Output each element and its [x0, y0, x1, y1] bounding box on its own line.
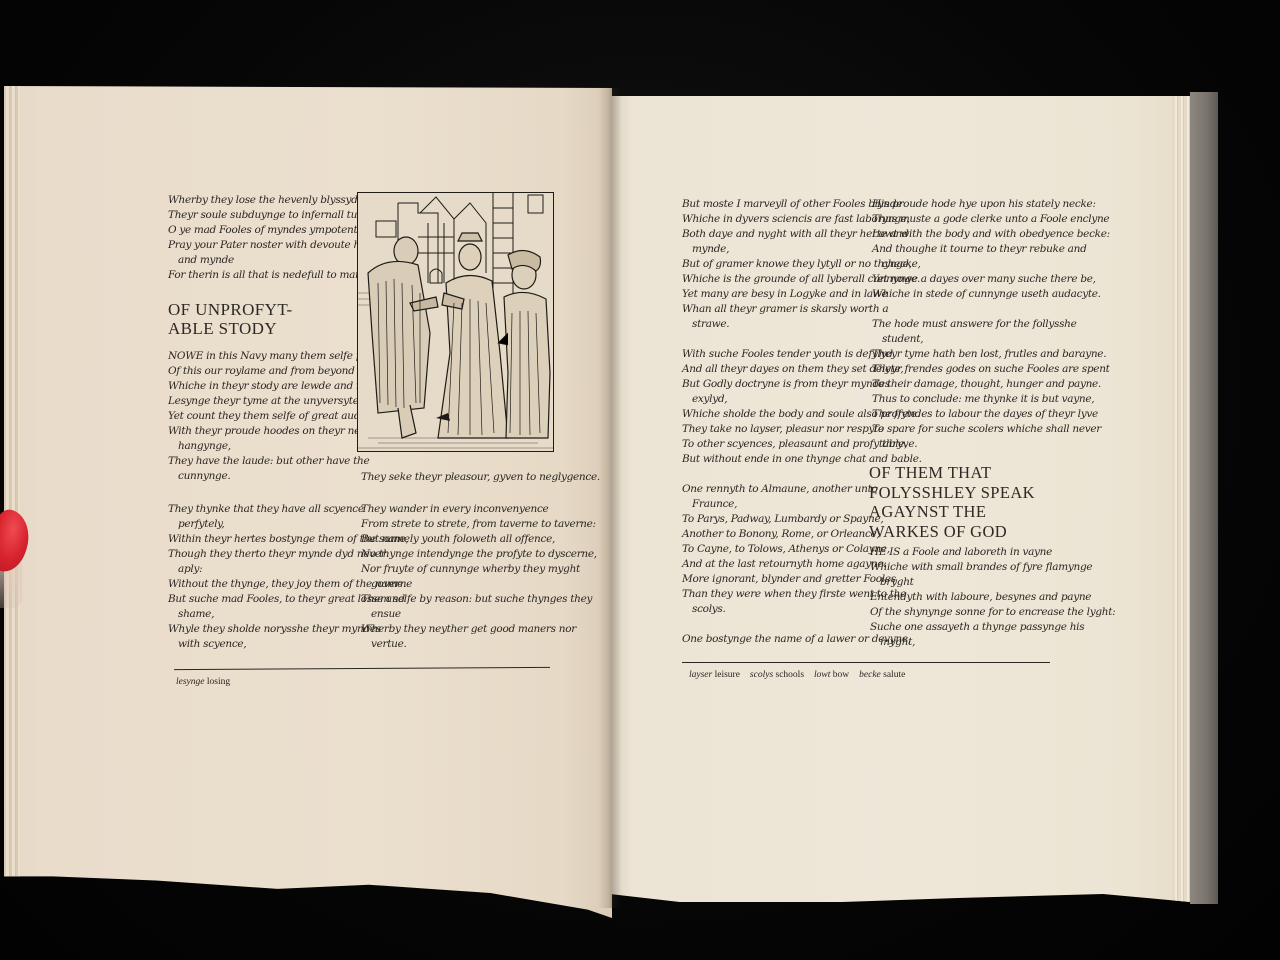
left-col2-caption-line: They seke theyr pleasour, gyven to negly…	[361, 470, 600, 485]
verse-line: But namely youth foloweth all offence,	[361, 532, 597, 547]
stanza-gap	[872, 302, 1110, 317]
verse-line: Entendyth with laboure, besynes and payn…	[870, 590, 1115, 605]
left-page-edges	[4, 86, 20, 918]
verse-line: Thus to conclude: me thynke it is but va…	[872, 392, 1110, 407]
gloss-term: layser	[689, 670, 712, 680]
verse-line: student,	[872, 332, 1110, 347]
left-col2-verse-bottom: They wander in every inconvenyenceFrom s…	[361, 502, 597, 652]
verse-line: Of the shynynge sonne for to encrease th…	[870, 605, 1115, 620]
verse-line: Them selfe by reason: but suche thynges …	[361, 592, 597, 607]
footnote-rule-right	[682, 662, 1050, 663]
gloss-entry: scolys schools	[750, 670, 804, 680]
verse-line: Whiche with small brandes of fyre flamyn…	[870, 560, 1115, 575]
verse-line: Suche one assayeth a thynge passynge his	[870, 620, 1115, 635]
gloss-entry: lowt bow	[814, 670, 849, 680]
verse-line: checke,	[872, 257, 1110, 272]
heading-line: FOLYSSHLEY SPEAK	[869, 483, 1035, 503]
gloss-meaning: leisure	[715, 670, 740, 680]
left-section-heading: OF UNPROFYT- ABLE STODY	[168, 300, 293, 338]
left-glossary: lesynge losing	[176, 677, 240, 687]
right-col2-verse-top: His proude hode hye upon his stately nec…	[872, 197, 1110, 452]
verse-line: The hode must answere for the follysshe	[872, 317, 1110, 332]
verse-line: Theyr frendes godes on suche Fooles are …	[872, 362, 1110, 377]
verse-line: bryght	[870, 575, 1115, 590]
heading-line: OF THEM THAT	[869, 463, 1035, 483]
gloss-entry: becke salute	[859, 670, 905, 680]
woodcut-illustration	[357, 192, 554, 452]
verse-line: Wherby they neyther get good maners nor	[361, 622, 597, 637]
verse-line: The frendes to labour the dayes of theyr…	[872, 407, 1110, 422]
verse-line: To spare for suche scolers whiche shall …	[872, 422, 1110, 437]
verse-line: No thynge intendynge the profyte to dysc…	[361, 547, 597, 562]
right-glossary: layser leisurescolys schoolslowt bowbeck…	[689, 670, 915, 680]
verse-line: Whiche in stede of cunnynge useth audacy…	[872, 287, 1110, 302]
gloss-meaning: salute	[883, 670, 905, 680]
verse-line: ensue	[361, 607, 597, 622]
verse-line: They have the laude: but other have the	[168, 454, 409, 469]
right-section-heading: OF THEM THAT FOLYSSHLEY SPEAK AGAYNST TH…	[869, 463, 1035, 541]
gloss-entry: layser leisure	[689, 670, 740, 680]
verse-line: His proude hode hye upon his stately nec…	[872, 197, 1110, 212]
heading-line: AGAYNST THE	[869, 502, 1035, 522]
book-gutter	[598, 88, 622, 908]
gloss-entry: lesynge losing	[176, 677, 230, 687]
verse-line: Lowt with the body and with obedyence be…	[872, 227, 1110, 242]
book-cover-edge	[1190, 92, 1218, 904]
verse-line: To their damage, thought, hunger and pay…	[872, 377, 1110, 392]
verse-line: Theyr tyme hath ben lost, frutles and ba…	[872, 347, 1110, 362]
verse-line: governe	[361, 577, 597, 592]
verse-line: Nor fruyte of cunnynge wherby they myght	[361, 562, 597, 577]
gloss-term: lowt	[814, 670, 830, 680]
verse-line: They wander in every inconvenyence	[361, 502, 597, 517]
verse-line: vertue.	[361, 637, 597, 652]
woodcut-image	[358, 193, 554, 452]
right-page-edges	[1172, 96, 1190, 902]
heading-line: OF UNPROFYT-	[168, 300, 293, 319]
heading-line: WARKES OF GOD	[869, 522, 1035, 542]
heading-line: ABLE STODY	[168, 319, 293, 338]
verse-line: HE IS a Foole and laboreth in vayne	[870, 545, 1115, 560]
verse-line: And thoughe it tourne to theyr rebuke an…	[872, 242, 1110, 257]
gloss-meaning: schools	[776, 670, 805, 680]
gloss-term: lesynge	[176, 677, 205, 687]
gloss-term: scolys	[750, 670, 773, 680]
verse-line: Thus muste a gode clerke unto a Foole en…	[872, 212, 1110, 227]
right-col2-verse-bottom: HE IS a Foole and laboreth in vayneWhich…	[870, 545, 1115, 650]
verse-line: Yet nowe a dayes over many suche there b…	[872, 272, 1110, 287]
gloss-meaning: bow	[833, 670, 849, 680]
verse-line: myght,	[870, 635, 1115, 650]
gloss-meaning: losing	[207, 677, 230, 687]
verse-line: They seke theyr pleasour, gyven to negly…	[361, 470, 600, 485]
verse-line: thryve.	[872, 437, 1110, 452]
verse-line: From strete to strete, from taverne to t…	[361, 517, 597, 532]
gloss-term: becke	[859, 670, 881, 680]
